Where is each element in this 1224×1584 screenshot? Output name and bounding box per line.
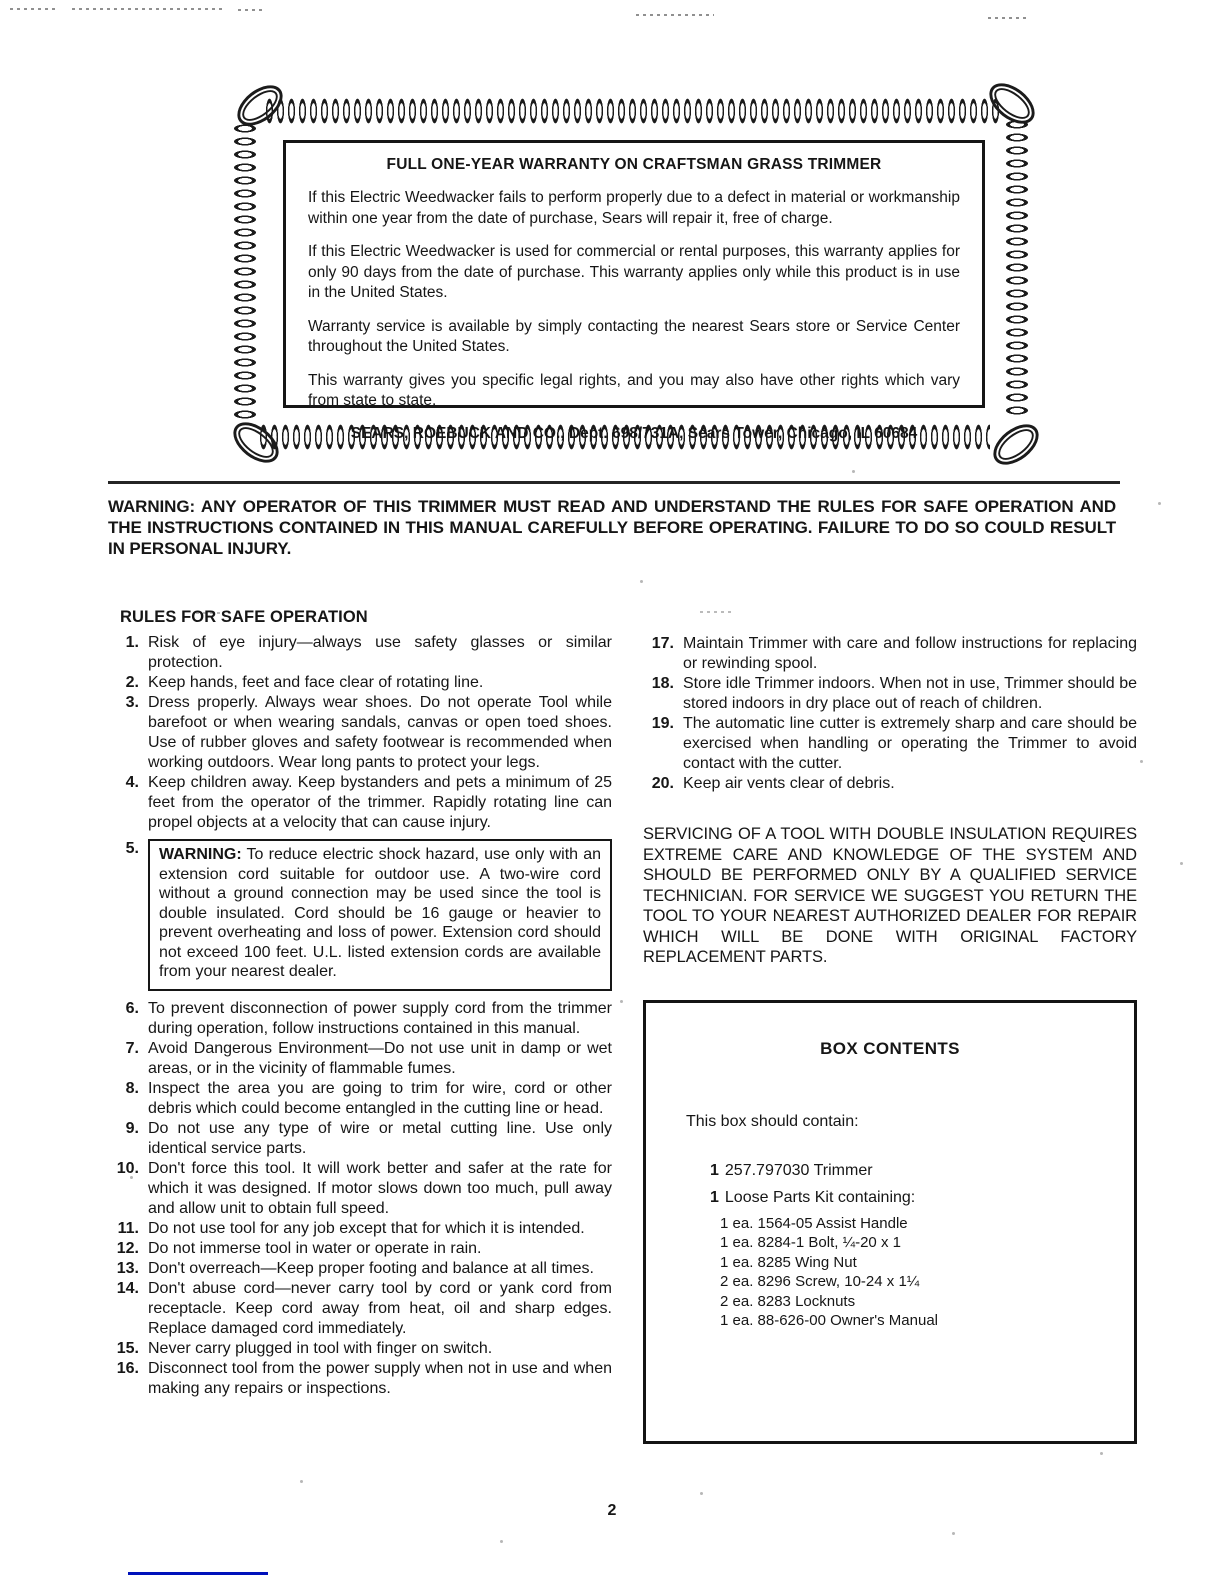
rule-number: 8. bbox=[108, 1079, 148, 1119]
item-text: Loose Parts Kit containing: bbox=[725, 1189, 915, 1206]
warranty-title: FULL ONE-YEAR WARRANTY ON CRAFTSMAN GRAS… bbox=[308, 156, 960, 174]
rule-text: Don't abuse cord—never carry tool by cor… bbox=[148, 1279, 612, 1339]
loose-parts-list: 1 ea. 1564-05 Assist Handle 1 ea. 8284-1… bbox=[720, 1214, 1134, 1331]
rule-text: To prevent disconnection of power supply… bbox=[148, 999, 612, 1039]
box-contents-panel: BOX CONTENTS This box should contain: 12… bbox=[643, 1000, 1137, 1444]
rule-text: Maintain Trimmer with care and follow in… bbox=[683, 634, 1137, 674]
loose-part-item: 1 ea. 8284-1 Bolt, ¼-20 x 1 bbox=[720, 1233, 1134, 1253]
scan-speck bbox=[300, 1480, 303, 1483]
rule-number: 17. bbox=[643, 634, 683, 674]
scan-noise-mark bbox=[988, 17, 1030, 19]
rule-number: 14. bbox=[108, 1279, 148, 1339]
rule-number: 10. bbox=[108, 1159, 148, 1219]
rule-number: 3. bbox=[108, 693, 148, 773]
rule-number: 13. bbox=[108, 1259, 148, 1279]
warranty-paragraph: If this Electric Weedwacker is used for … bbox=[308, 242, 960, 304]
rule-item: 19. The automatic line cutter is extreme… bbox=[643, 714, 1137, 774]
loose-part-item: 2 ea. 8296 Screw, 10-24 x 1¼ bbox=[720, 1272, 1134, 1292]
rule-number: 16. bbox=[108, 1359, 148, 1399]
rule-text: Don't force this tool. It will work bett… bbox=[148, 1159, 612, 1219]
rule-number: 9. bbox=[108, 1119, 148, 1159]
loose-part-item: 1 ea. 1564-05 Assist Handle bbox=[720, 1214, 1134, 1234]
page-number: 2 bbox=[0, 1502, 1224, 1520]
scan-speck bbox=[1180, 862, 1183, 865]
rules-column-left: RULES FOR SAFE OPERATION 1. Risk of eye … bbox=[108, 608, 612, 1399]
rule-item: 8. Inspect the area you are going to tri… bbox=[108, 1079, 612, 1119]
operator-warning-statement: WARNING: ANY OPERATOR OF THIS TRIMMER MU… bbox=[108, 496, 1116, 559]
rule-text: Keep air vents clear of debris. bbox=[683, 774, 1137, 794]
scan-speck bbox=[640, 580, 643, 583]
rule-text: To reduce electric shock hazard, use onl… bbox=[159, 846, 601, 980]
warranty-paragraph: Warranty service is available by simply … bbox=[308, 317, 960, 358]
scan-speck bbox=[852, 470, 855, 473]
scan-speck bbox=[1100, 1452, 1103, 1455]
warranty-paragraph: If this Electric Weedwacker fails to per… bbox=[308, 188, 960, 229]
rule-number: 4. bbox=[108, 773, 148, 833]
rule-text: Don't overreach—Keep proper footing and … bbox=[148, 1259, 612, 1279]
scan-speck bbox=[1158, 502, 1161, 505]
rule-text: Store idle Trimmer indoors. When not in … bbox=[683, 674, 1137, 714]
box-contents-main-list: 1257.797030 Trimmer 1Loose Parts Kit con… bbox=[710, 1157, 1134, 1211]
rule-text: The automatic line cutter is extremely s… bbox=[683, 714, 1137, 774]
rule-text: Never carry plugged in tool with finger … bbox=[148, 1339, 612, 1359]
rule-text: Risk of eye injury—always use safety gla… bbox=[148, 633, 612, 673]
scan-noise-mark bbox=[636, 14, 714, 16]
item-quantity: 1 bbox=[710, 1162, 725, 1179]
rule-item: 12. Do not immerse tool in water or oper… bbox=[108, 1239, 612, 1259]
loose-part-item: 2 ea. 8283 Locknuts bbox=[720, 1292, 1134, 1312]
rule-text: Do not use tool for any job except that … bbox=[148, 1219, 612, 1239]
scan-speck bbox=[620, 1000, 623, 1003]
box-contents-intro: This box should contain: bbox=[686, 1113, 1134, 1131]
loose-part-item: 1 ea. 8285 Wing Nut bbox=[720, 1253, 1134, 1273]
rule-item: 15. Never carry plugged in tool with fin… bbox=[108, 1339, 612, 1359]
rule-number: 20. bbox=[643, 774, 683, 794]
box-contents-item: 1257.797030 Trimmer bbox=[710, 1157, 1134, 1184]
scan-noise-mark bbox=[238, 9, 266, 11]
rule-number: 19. bbox=[643, 714, 683, 774]
rule-item: 14. Don't abuse cord—never carry tool by… bbox=[108, 1279, 612, 1339]
box-contents-item: 1Loose Parts Kit containing: bbox=[710, 1184, 1134, 1211]
rule-text: Keep hands, feet and face clear of rotat… bbox=[148, 673, 612, 693]
rule-number: 15. bbox=[108, 1339, 148, 1359]
scan-noise-mark bbox=[72, 8, 222, 10]
rule-item: 2. Keep hands, feet and face clear of ro… bbox=[108, 673, 612, 693]
rule-item: 18. Store idle Trimmer indoors. When not… bbox=[643, 674, 1137, 714]
coil-border-right bbox=[1002, 118, 1032, 418]
sears-address: SEARS, ROEBUCK AND CO., Dept. 698/731A, … bbox=[308, 425, 960, 443]
rule-item: 13. Don't overreach—Keep proper footing … bbox=[108, 1259, 612, 1279]
rule-number: 5. bbox=[108, 839, 148, 991]
coil-border-top bbox=[264, 94, 1002, 128]
footer-blue-mark bbox=[128, 1572, 268, 1575]
warning-prefix: WARNING: bbox=[159, 846, 242, 863]
manual-page: FULL ONE-YEAR WARRANTY ON CRAFTSMAN GRAS… bbox=[0, 0, 1224, 1584]
rule-number: 18. bbox=[643, 674, 683, 714]
rule-item: 4. Keep children away. Keep bystanders a… bbox=[108, 773, 612, 833]
item-text: 257.797030 Trimmer bbox=[725, 1162, 873, 1179]
item-quantity: 1 bbox=[710, 1189, 725, 1206]
rule-item-extension-cord-warning: 5. WARNING: To reduce electric shock haz… bbox=[108, 839, 612, 991]
loose-part-item: 1 ea. 88-626-00 Owner's Manual bbox=[720, 1311, 1134, 1331]
rule-text: Inspect the area you are going to trim f… bbox=[148, 1079, 612, 1119]
rule-item: 16. Disconnect tool from the power suppl… bbox=[108, 1359, 612, 1399]
rule-text: Avoid Dangerous Environment—Do not use u… bbox=[148, 1039, 612, 1079]
rule-item: 3. Dress properly. Always wear shoes. Do… bbox=[108, 693, 612, 773]
rule-number: 7. bbox=[108, 1039, 148, 1079]
warranty-box: FULL ONE-YEAR WARRANTY ON CRAFTSMAN GRAS… bbox=[283, 140, 985, 408]
rule-item: 10. Don't force this tool. It will work … bbox=[108, 1159, 612, 1219]
rules-heading: RULES FOR SAFE OPERATION bbox=[120, 608, 612, 627]
rule-number: 6. bbox=[108, 999, 148, 1039]
box-contents-title: BOX CONTENTS bbox=[646, 1039, 1134, 1059]
rule-text: Keep children away. Keep bystanders and … bbox=[148, 773, 612, 833]
rule-item: 20. Keep air vents clear of debris. bbox=[643, 774, 1137, 794]
rule-number: 1. bbox=[108, 633, 148, 673]
scan-speck bbox=[952, 1532, 955, 1535]
rule-number: 12. bbox=[108, 1239, 148, 1259]
warranty-decorative-border: FULL ONE-YEAR WARRANTY ON CRAFTSMAN GRAS… bbox=[228, 88, 1040, 462]
rule-text: Do not use any type of wire or metal cut… bbox=[148, 1119, 612, 1159]
rule-item: 7. Avoid Dangerous Environment—Do not us… bbox=[108, 1039, 612, 1079]
rule-number: 2. bbox=[108, 673, 148, 693]
divider-line bbox=[108, 481, 1120, 484]
rule-text: Do not immerse tool in water or operate … bbox=[148, 1239, 612, 1259]
warranty-paragraph: This warranty gives you specific legal r… bbox=[308, 371, 960, 412]
corner-oval-ornament bbox=[986, 416, 1046, 472]
rule-item: 11. Do not use tool for any job except t… bbox=[108, 1219, 612, 1239]
scan-speck bbox=[500, 1540, 503, 1543]
rules-column-right: 17. Maintain Trimmer with care and follo… bbox=[643, 608, 1137, 1444]
scan-noise-mark bbox=[10, 8, 58, 10]
double-insulation-servicing-note: SERVICING OF A TOOL WITH DOUBLE INSULATI… bbox=[643, 824, 1137, 968]
extension-cord-warning-box: WARNING: To reduce electric shock hazard… bbox=[148, 839, 612, 991]
scan-speck bbox=[1140, 760, 1143, 763]
rule-item: 1. Risk of eye injury—always use safety … bbox=[108, 633, 612, 673]
rule-text: Disconnect tool from the power supply wh… bbox=[148, 1359, 612, 1399]
rule-item: 17. Maintain Trimmer with care and follo… bbox=[643, 634, 1137, 674]
rule-item: 9. Do not use any type of wire or metal … bbox=[108, 1119, 612, 1159]
rule-item: 6. To prevent disconnection of power sup… bbox=[108, 999, 612, 1039]
rule-text: Dress properly. Always wear shoes. Do no… bbox=[148, 693, 612, 773]
rule-number: 11. bbox=[108, 1219, 148, 1239]
coil-border-left bbox=[230, 122, 260, 422]
scan-speck bbox=[700, 1492, 703, 1495]
